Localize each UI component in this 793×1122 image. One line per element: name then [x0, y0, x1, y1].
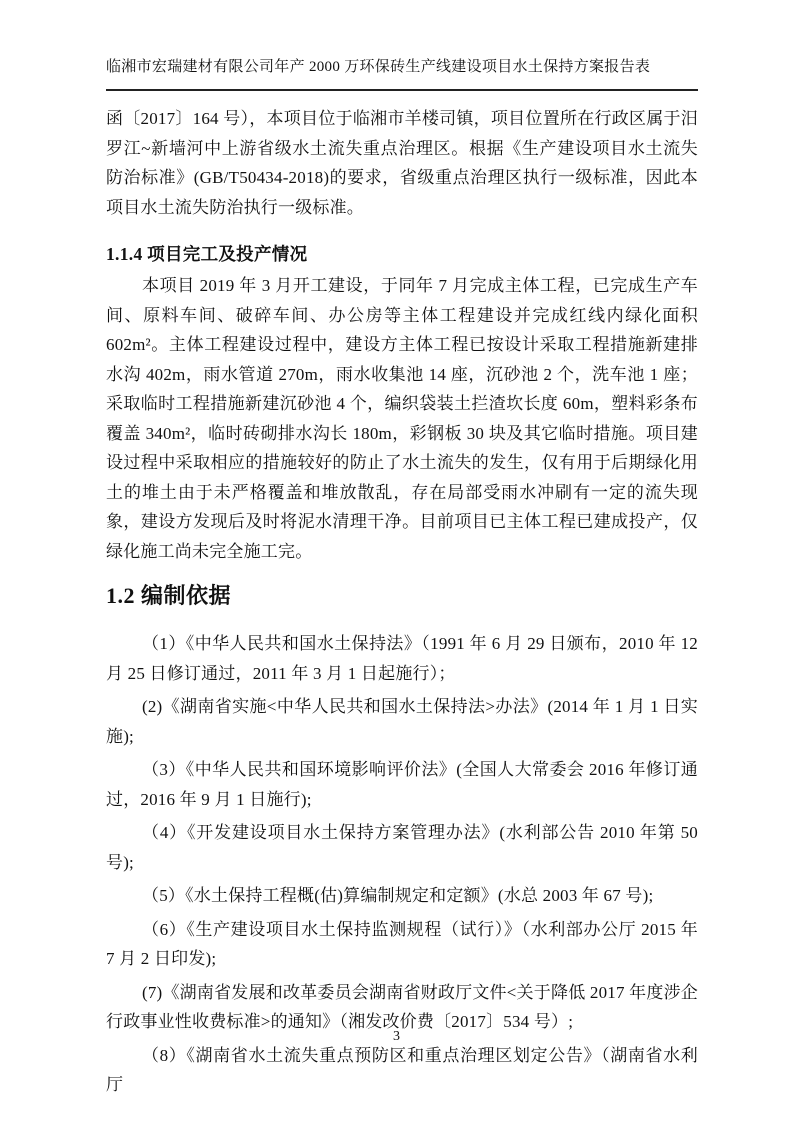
page-content: 临湘市宏瑞建材有限公司年产 2000 万环保砖生产线建设项目水土保持方案报告表 …: [106, 57, 698, 1104]
reference-item-3: （3）《中华人民共和国环境影响评价法》(全国人大常委会 2016 年修订通过，2…: [106, 755, 698, 814]
paragraph-project-completion: 本项目 2019 年 3 月开工建设，于同年 7 月完成主体工程，已完成生产车间…: [106, 271, 698, 566]
reference-item-5: （5）《水土保持工程概(估)算编制规定和定额》(水总 2003 年 67 号);: [106, 881, 698, 911]
reference-item-2: (2)《湖南省实施<中华人民共和国水土保持法>办法》(2014 年 1 月 1 …: [106, 692, 698, 751]
reference-item-1: （1）《中华人民共和国水土保持法》（1991 年 6 月 29 日颁布，2010…: [106, 629, 698, 688]
heading-1-1-4: 1.1.4 项目完工及投产情况: [106, 244, 698, 265]
page-number: 3: [0, 1028, 793, 1046]
reference-item-4: （4）《开发建设项目水土保持方案管理办法》(水利部公告 2010 年第 50 号…: [106, 818, 698, 877]
reference-item-8: （8）《湖南省水土流失重点预防区和重点治理区划定公告》（湖南省水利厅: [106, 1041, 698, 1100]
running-header-title: 临湘市宏瑞建材有限公司年产 2000 万环保砖生产线建设项目水土保持方案报告表: [106, 59, 650, 75]
heading-1-2: 1.2 编制依据: [106, 583, 698, 609]
running-header: 临湘市宏瑞建材有限公司年产 2000 万环保砖生产线建设项目水土保持方案报告表: [106, 57, 698, 91]
reference-item-6: （6）《生产建设项目水土保持监测规程（试行）》（水利部办公厅 2015 年 7 …: [106, 915, 698, 974]
document-page: 临湘市宏瑞建材有限公司年产 2000 万环保砖生产线建设项目水土保持方案报告表 …: [0, 0, 793, 1122]
paragraph-intro-continuation: 函〔2017〕164 号），本项目位于临湘市羊楼司镇，项目位置所在行政区属于汨罗…: [106, 104, 698, 222]
